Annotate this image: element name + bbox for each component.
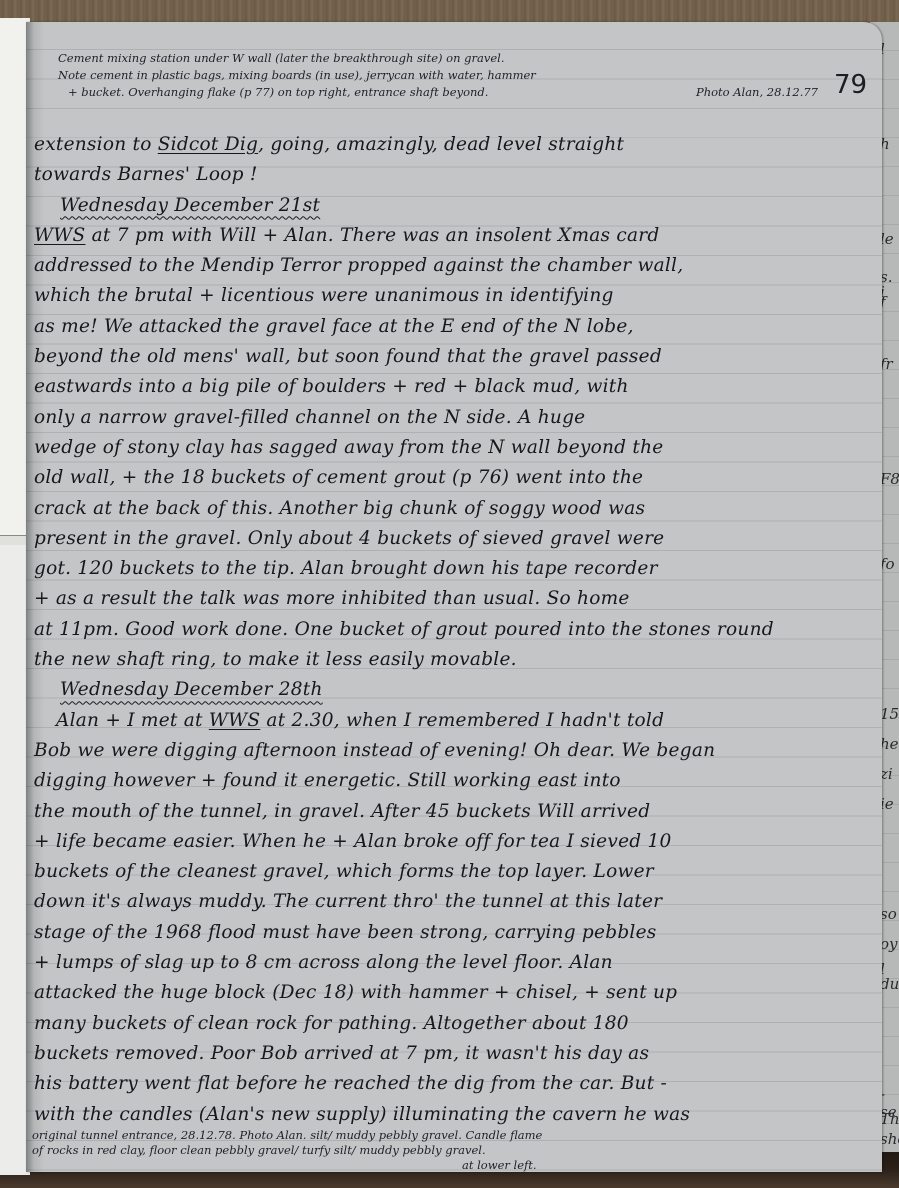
diary-line: + life became easier. When he + Alan bro… bbox=[34, 827, 874, 857]
diary-line: old wall, + the 18 buckets of cement gro… bbox=[34, 463, 874, 493]
diary-line: buckets removed. Poor Bob arrived at 7 p… bbox=[34, 1039, 874, 1069]
date-heading-text: Wednesday December 21st bbox=[60, 195, 320, 216]
text-segment: down it's always muddy. The current thro… bbox=[34, 891, 662, 912]
back-page-mark: he bbox=[880, 735, 899, 753]
diary-line: Alan + I met at WWS at 2.30, when I reme… bbox=[34, 706, 874, 736]
text-segment: many buckets of clean rock for pathing. … bbox=[34, 1013, 629, 1034]
diary-line: towards Barnes' Loop ! bbox=[34, 160, 874, 190]
back-page-mark: Th bbox=[880, 1110, 899, 1128]
text-segment: buckets of the cleanest gravel, which fo… bbox=[34, 861, 654, 882]
text-segment: + as a result the talk was more inhibite… bbox=[34, 588, 630, 609]
diary-line: digging however + found it energetic. St… bbox=[34, 766, 874, 796]
text-segment: the mouth of the tunnel, in gravel. Afte… bbox=[34, 801, 650, 822]
caption-line: Note cement in plastic bags, mixing boar… bbox=[58, 67, 838, 84]
text-segment: at 2.30, when I remembered I hadn't told bbox=[260, 710, 664, 731]
text-segment: old wall, + the 18 buckets of cement gro… bbox=[34, 467, 643, 488]
caption-line: at lower left. bbox=[32, 1158, 852, 1173]
back-page-mark: ie bbox=[880, 795, 894, 813]
text-segment: addressed to the Mendip Terror propped a… bbox=[34, 255, 683, 276]
diary-line: crack at the back of this. Another big c… bbox=[34, 494, 874, 524]
date-heading-text: Wednesday December 28th bbox=[60, 679, 323, 700]
text-segment: eastwards into a big pile of boulders + … bbox=[34, 376, 629, 397]
back-page-mark: so bbox=[880, 905, 897, 923]
back-page-mark: 15 bbox=[880, 705, 899, 723]
text-segment: + life became easier. When he + Alan bro… bbox=[34, 831, 672, 852]
back-page-mark: fo bbox=[880, 555, 895, 573]
photo-credit: Photo Alan, 28.12.77 bbox=[696, 84, 818, 101]
date-heading: Wednesday December 28th bbox=[34, 675, 874, 705]
diary-line: extension to Sidcot Dig, going, amazingl… bbox=[34, 130, 874, 160]
text-segment: Alan + I met at bbox=[56, 710, 209, 731]
diary-line: only a narrow gravel-filled channel on t… bbox=[34, 403, 874, 433]
photo-caption-top: Cement mixing station under W wall (late… bbox=[58, 50, 838, 101]
diary-line: which the brutal + licentious were unani… bbox=[34, 281, 874, 311]
diary-line: at 11pm. Good work done. One bucket of g… bbox=[34, 615, 874, 645]
date-heading: Wednesday December 21st bbox=[34, 191, 874, 221]
text-segment: + lumps of slag up to 8 cm across along … bbox=[34, 952, 613, 973]
text-segment: crack at the back of this. Another big c… bbox=[34, 498, 645, 519]
caption-line: of rocks in red clay, floor clean pebbly… bbox=[32, 1143, 852, 1158]
diary-line: with the candles (Alan's new supply) ill… bbox=[34, 1100, 874, 1130]
back-page-mark: du bbox=[880, 975, 899, 993]
diary-line: eastwards into a big pile of boulders + … bbox=[34, 372, 874, 402]
text-segment: attacked the huge block (Dec 18) with ha… bbox=[34, 982, 677, 1003]
diary-line: Bob we were digging afternoon instead of… bbox=[34, 736, 874, 766]
text-segment: his battery went flat before he reached … bbox=[34, 1073, 667, 1094]
diary-line: stage of the 1968 flood must have been s… bbox=[34, 918, 874, 948]
text-segment: Bob we were digging afternoon instead of… bbox=[34, 740, 715, 761]
text-segment: extension to bbox=[34, 134, 158, 155]
back-page-mark: le bbox=[880, 230, 894, 248]
caption-line: + bucket. Overhanging flake (p 77) on to… bbox=[58, 84, 838, 101]
text-segment: stage of the 1968 flood must have been s… bbox=[34, 922, 657, 943]
diary-line: + lumps of slag up to 8 cm across along … bbox=[34, 948, 874, 978]
photo-caption-bottom: original tunnel entrance, 28.12.78. Phot… bbox=[32, 1128, 852, 1173]
text-segment: digging however + found it energetic. St… bbox=[34, 770, 621, 791]
caption-line: original tunnel entrance, 28.12.78. Phot… bbox=[32, 1128, 852, 1143]
text-segment: wedge of stony clay has sagged away from… bbox=[34, 437, 663, 458]
back-page-mark: F8 bbox=[880, 470, 899, 488]
caption-line: Cement mixing station under W wall (late… bbox=[58, 50, 838, 67]
text-segment: present in the gravel. Only about 4 buck… bbox=[34, 528, 664, 549]
diary-line: many buckets of clean rock for pathing. … bbox=[34, 1009, 874, 1039]
text-segment: the new shaft ring, to make it less easi… bbox=[34, 649, 517, 670]
text-segment: got. 120 buckets to the tip. Alan brough… bbox=[34, 558, 658, 579]
diary-line: attacked the huge block (Dec 18) with ha… bbox=[34, 978, 874, 1008]
diary-line: beyond the old mens' wall, but soon foun… bbox=[34, 342, 874, 372]
underlined-term: WWS bbox=[34, 225, 85, 246]
underlined-term: Sidcot Dig bbox=[158, 134, 258, 155]
text-segment: at 11pm. Good work done. One bucket of g… bbox=[34, 619, 774, 640]
diary-line: WWS at 7 pm with Will + Alan. There was … bbox=[34, 221, 874, 251]
text-segment: , going, amazingly, dead level straight bbox=[258, 134, 624, 155]
diary-body: extension to Sidcot Dig, going, amazingl… bbox=[34, 130, 874, 1130]
back-page-mark: shew bbox=[880, 1130, 899, 1148]
underlined-term: WWS bbox=[209, 710, 260, 731]
text-segment: with the candles (Alan's new supply) ill… bbox=[34, 1104, 690, 1125]
page-number: 79 bbox=[834, 70, 867, 100]
diary-line: his battery went flat before he reached … bbox=[34, 1069, 874, 1099]
diary-line: addressed to the Mendip Terror propped a… bbox=[34, 251, 874, 281]
diary-line: present in the gravel. Only about 4 buck… bbox=[34, 524, 874, 554]
text-segment: as me! We attacked the gravel face at th… bbox=[34, 316, 634, 337]
text-segment: which the brutal + licentious were unani… bbox=[34, 285, 614, 306]
text-segment: buckets removed. Poor Bob arrived at 7 p… bbox=[34, 1043, 649, 1064]
text-segment: beyond the old mens' wall, but soon foun… bbox=[34, 346, 662, 367]
diary-line: the new shaft ring, to make it less easi… bbox=[34, 645, 874, 675]
diary-line: wedge of stony clay has sagged away from… bbox=[34, 433, 874, 463]
text-segment: only a narrow gravel-filled channel on t… bbox=[34, 407, 585, 428]
back-page-mark: oy bbox=[880, 935, 898, 953]
diary-line: down it's always muddy. The current thro… bbox=[34, 887, 874, 917]
diary-line: the mouth of the tunnel, in gravel. Afte… bbox=[34, 797, 874, 827]
diary-line: got. 120 buckets to the tip. Alan brough… bbox=[34, 554, 874, 584]
diary-line: as me! We attacked the gravel face at th… bbox=[34, 312, 874, 342]
text-segment: towards Barnes' Loop ! bbox=[34, 164, 258, 185]
text-segment: at 7 pm with Will + Alan. There was an i… bbox=[85, 225, 659, 246]
diary-line: buckets of the cleanest gravel, which fo… bbox=[34, 857, 874, 887]
diary-line: + as a result the talk was more inhibite… bbox=[34, 584, 874, 614]
